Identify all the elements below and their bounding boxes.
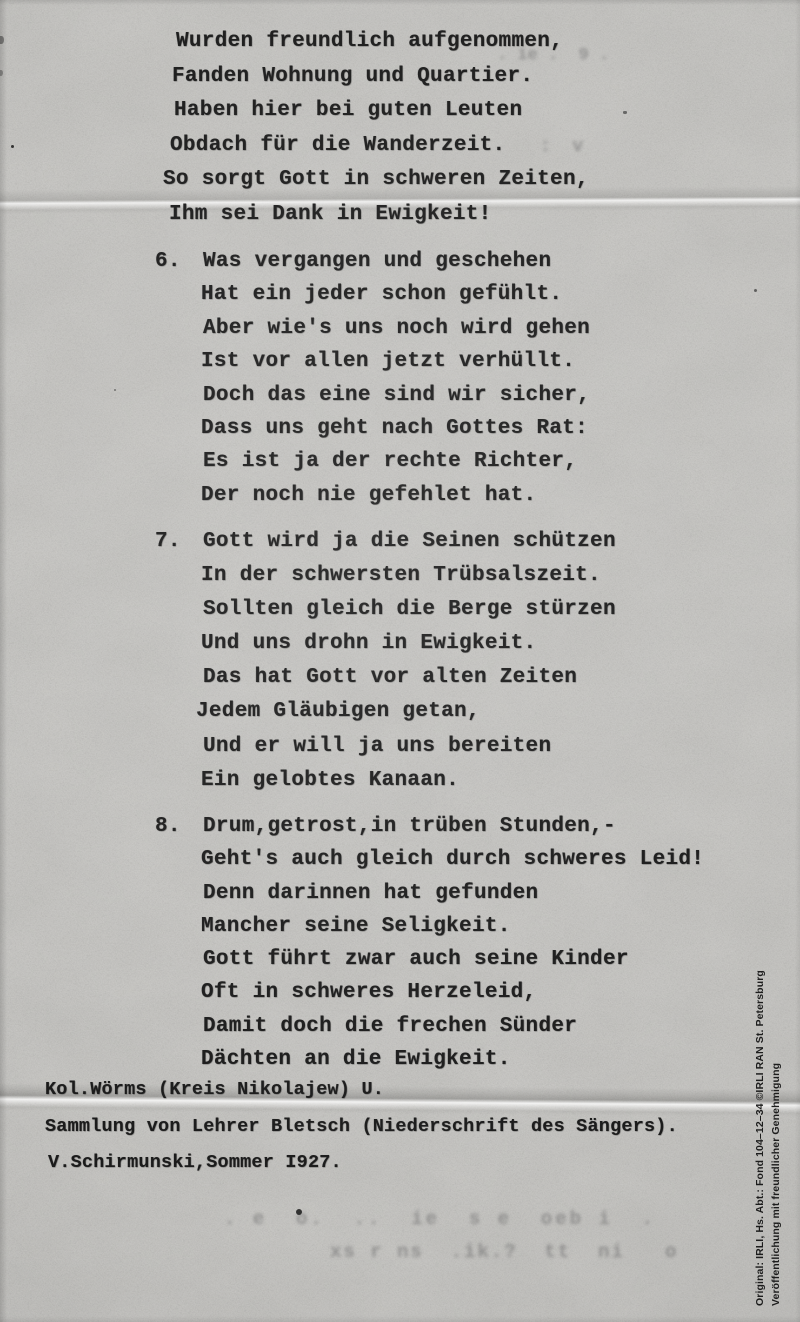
poem-line: Und er will ja uns bereiten (203, 730, 616, 764)
poem-line: Was vergangen und geschehen (203, 245, 590, 278)
poem-line: Damit doch die frechen Sünder (203, 1010, 706, 1043)
poem-line: Geht's auch gleich durch schweres Leid! (201, 843, 704, 876)
poem-line: Aber wie's uns noch wird gehen (203, 312, 590, 345)
attribution-line: Kol.Wörms (Kreis Nikolajew) U. (45, 1072, 678, 1109)
scanned-manuscript-page: Wurden freundlich aufgenommen,Fanden Woh… (0, 0, 800, 1322)
poem-line: Ihm sei Dank in Ewigkeit! (169, 198, 589, 233)
attribution-line: Sammlung von Lehrer Bletsch (Niederschri… (45, 1109, 678, 1146)
poem-line: In der schwersten Trübsalszeit. (201, 559, 614, 593)
ink-speck (114, 389, 116, 391)
poem-line: Haben hier bei guten Leuten (174, 94, 589, 129)
poem-line: Hat ein jeder schon gefühlt. (201, 278, 588, 311)
poem-line: Der noch nie gefehlet hat. (201, 479, 588, 512)
stanza-number: 7. (155, 525, 181, 558)
poem-line: So sorgt Gott in schweren Zeiten, (163, 163, 589, 198)
poem-line: Das hat Gott vor alten Zeiten (203, 661, 616, 695)
archive-credit-note: Original: IRLI, Hs. Abt.: Fond 104–12–34… (753, 970, 784, 1306)
poem-line: Dass uns geht nach Gottes Rat: (201, 412, 588, 445)
poem-line: Wurden freundlich aufgenommen, (176, 25, 589, 60)
stanza-number: 8. (155, 810, 181, 843)
poem-line: Ein gelobtes Kanaan. (201, 764, 614, 798)
poem-line: Und uns drohn in Ewigkeit. (201, 627, 614, 661)
poem-line: Denn darinnen hat gefunden (203, 877, 706, 910)
stanza-number: 6. (155, 245, 181, 278)
paper-edge-mark (0, 36, 4, 44)
poem-line: Ist vor allen jetzt verhüllt. (201, 345, 588, 378)
poem-line: Fanden Wohnung und Quartier. (172, 60, 589, 95)
stanza-lines: Drum,getrost,in trüben Stunden,-Geht's a… (203, 810, 706, 1076)
ink-speck (296, 1209, 302, 1215)
poem-line: Gott wird ja die Seinen schützen (203, 525, 616, 559)
stanza-6: 6. Was vergangen und geschehenHat ein je… (203, 245, 590, 512)
paper-edge-mark (0, 70, 3, 76)
attribution-line: V.Schirmunski,Sommer I927. (48, 1145, 678, 1182)
ink-speck (623, 111, 627, 114)
stanza-lines: Gott wird ja die Seinen schützenIn der s… (203, 525, 616, 798)
archive-credit-line-2: Veröffentlichung mit freundlicher Genehm… (769, 970, 785, 1306)
poem-line: Doch das eine sind wir sicher, (203, 379, 590, 412)
poem-line: Obdach für die Wanderzeit. (170, 129, 589, 164)
poem-line: Drum,getrost,in trüben Stunden,- (203, 810, 706, 843)
ink-speck (754, 289, 757, 292)
stanza-lines: Was vergangen und geschehenHat ein jeder… (203, 245, 590, 512)
stanza-continuation: Wurden freundlich aufgenommen,Fanden Woh… (176, 25, 589, 233)
stanza-7: 7. Gott wird ja die Seinen schützenIn de… (203, 525, 616, 798)
source-attribution: Kol.Wörms (Kreis Nikolajew) U.Sammlung v… (45, 1072, 678, 1182)
poem-line: Sollten gleich die Berge stürzen (203, 593, 616, 627)
archive-credit-line-1: Original: IRLI, Hs. Abt.: Fond 104–12–34… (753, 970, 769, 1306)
poem-line: Es ist ja der rechte Richter, (203, 445, 590, 478)
poem-line: Mancher seine Seligkeit. (201, 910, 704, 943)
poem-line: Gott führt zwar auch seine Kinder (203, 943, 706, 976)
bleed-through-text: . e o. .. ie s e oeb i . (224, 1208, 656, 1230)
bleed-through-text: xs r ns .ik.? tt ni o (330, 1241, 678, 1263)
stanza-8: 8. Drum,getrost,in trüben Stunden,-Geht'… (203, 810, 706, 1076)
poem-line: Oft in schweres Herzeleid, (201, 976, 704, 1009)
poem-line: Jedem Gläubigen getan, (196, 695, 614, 729)
ink-speck (11, 145, 14, 148)
